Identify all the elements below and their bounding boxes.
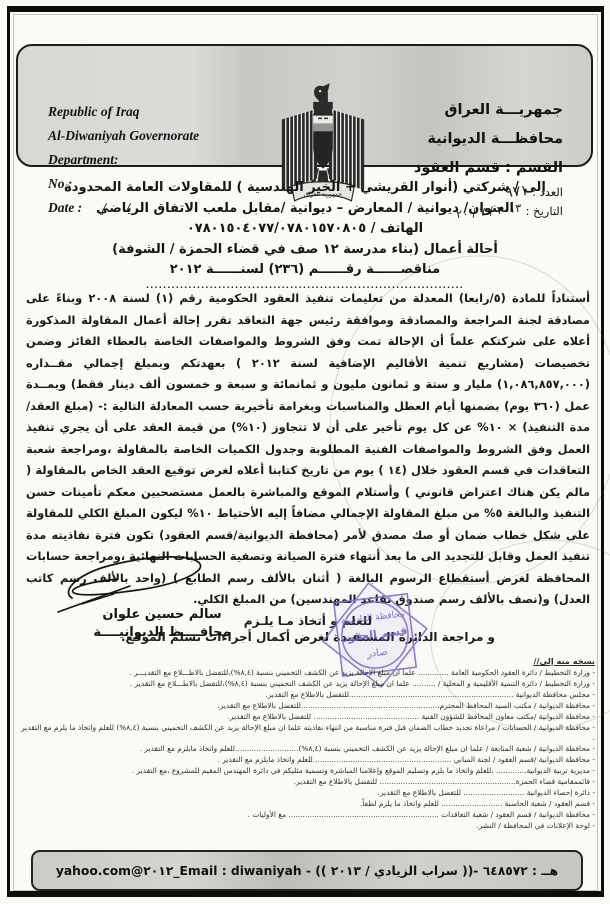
signer-title: محافــــظ الديوانيــــة bbox=[62, 625, 262, 640]
cc-item: - وزارة التخطيط / دائرة العقود الحكومية … bbox=[18, 668, 595, 679]
addressee-address-line: العنوان/ ديوانية / المعارض – ديوانية /مق… bbox=[60, 199, 550, 220]
cc-item: - محافظة الديوانية / مكتب السيد المحافظ … bbox=[18, 701, 595, 712]
scanned-official-letter: Republic of Iraq Al-Diwaniyah Governorat… bbox=[0, 0, 610, 904]
letterhead-en-country: Republic of Iraq bbox=[48, 100, 199, 124]
letterhead-ar-governorate: محافظـــة الديوانية bbox=[414, 125, 563, 154]
tender-line: مناقصــــــة رقــــــم (٢٣٦) لسنــــــة … bbox=[60, 260, 550, 281]
cc-item: - محافظة الديوانية / شعبة المتابعة / علم… bbox=[18, 744, 595, 755]
cc-item: - قسم العقود / شعبة الحاسبة ............… bbox=[18, 799, 595, 810]
addressee-block: إلى / شركتي (أنوار القريشي + الخير الهند… bbox=[60, 178, 550, 293]
subject-line: أحالة أعمال (بناء مدرسة ١٢ صف في قضاء ال… bbox=[60, 240, 550, 261]
addressee-phone-line: الهاتف / ٠٧٨٠١٥٠٤٠٧٧/٠٧٨٠١٥٧٠٨٠٥ bbox=[60, 219, 550, 240]
letterhead-ar-country: جمهريـــة العراق bbox=[414, 96, 563, 125]
cc-item: - مديرية تربية الديوانية............. ،ل… bbox=[18, 766, 595, 777]
footer-contact-text: هــ : ٦٤٨٥٧٢ -(( سراب الزيادي / ٢٠١٣ )) … bbox=[56, 864, 558, 878]
cc-item: - دائرة إحصاء الديوانية ................… bbox=[18, 788, 595, 799]
cc-item: - مجلس محافظة الديوانية ................… bbox=[18, 690, 595, 701]
letterhead-en-department: Department: bbox=[48, 148, 199, 172]
cc-item: - محافظة الديوانية / الحسابات / مراعاة ت… bbox=[18, 723, 595, 745]
cc-item: - وزارة التخطيط / دائرة التنمية الأقليمي… bbox=[18, 679, 595, 690]
cc-header: نسخه منه إلى// bbox=[18, 656, 595, 666]
letterhead-en-governorate: Al-Diwaniyah Governorate bbox=[48, 124, 199, 148]
letterhead-box: Republic of Iraq Al-Diwaniyah Governorat… bbox=[16, 44, 593, 167]
footer-contact-bar: هــ : ٦٤٨٥٧٢ -(( سراب الزيادي / ٢٠١٣ )) … bbox=[31, 850, 583, 891]
cc-item: - لوحة الإعلانات في المحافظة / النشر. bbox=[18, 821, 595, 832]
cc-item: - محافظة الديوانية /مكتب معاون المحافظ ل… bbox=[18, 712, 595, 723]
cc-item: - محافظة الديوانية /قسم العقود / لجنة ال… bbox=[18, 755, 595, 766]
cc-item: - قائممقامية قضاء الحمزة................… bbox=[18, 777, 595, 788]
signature-block: سالم حسين علوان محافــــظ الديوانيــــة bbox=[62, 607, 262, 640]
cc-item: - محافظة الديوانية / قسم العقود / شعبة ا… bbox=[18, 810, 595, 821]
cc-distribution-list: نسخه منه إلى// - وزارة التخطيط / دائرة ا… bbox=[18, 656, 595, 832]
signer-name: سالم حسين علوان bbox=[62, 607, 262, 622]
addressee-to-line: إلى / شركتي (أنوار القريشي + الخير الهند… bbox=[60, 178, 550, 199]
